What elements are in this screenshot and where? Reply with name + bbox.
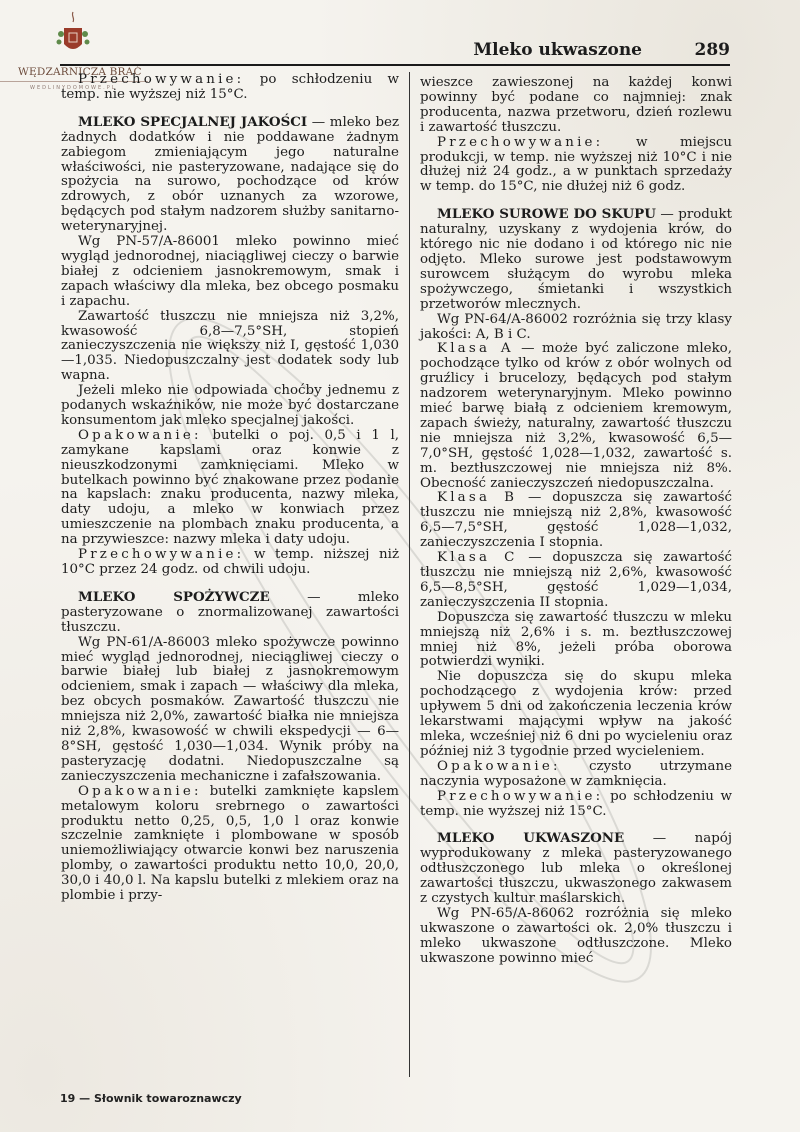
entry-term: MLEKO SUROWE DO SKUPU <box>437 206 656 222</box>
page-number: 289 <box>695 40 731 60</box>
page-header: Mleko ukwaszone 289 <box>60 36 730 66</box>
entry-mleko-spozywcze: MLEKO SPOŻYWCZE — mleko pasteryzowane o … <box>61 590 399 904</box>
right-column: wieszce zawieszonej na każdej konwi powi… <box>420 76 732 967</box>
entry-mleko-specjalnej-jakosci: MLEKO SPECJALNEJ JAKOŚCI — mleko bez żad… <box>61 115 399 578</box>
entry-mleko-ukwaszone: MLEKO UKWASZONE — napój wyprodukowany z … <box>420 831 732 966</box>
left-column: Przechowywanie: po schłodzeniu w temp. n… <box>61 73 399 904</box>
storage-paragraph: Przechowywanie: po schłodzeniu w temp. n… <box>61 73 399 103</box>
column-divider <box>409 72 410 1077</box>
entry-term: MLEKO SPOŻYWCZE <box>78 589 270 605</box>
running-title: Mleko ukwaszone <box>473 40 642 60</box>
entry-mleko-surowe-do-skupu: MLEKO SUROWE DO SKUPU — produkt naturaln… <box>420 207 732 819</box>
page-footer: 19 — Słownik towaroznawczy <box>60 1092 242 1105</box>
entry-term: MLEKO UKWASZONE <box>437 830 624 846</box>
entry-term: MLEKO SPECJALNEJ JAKOŚCI <box>78 114 307 130</box>
